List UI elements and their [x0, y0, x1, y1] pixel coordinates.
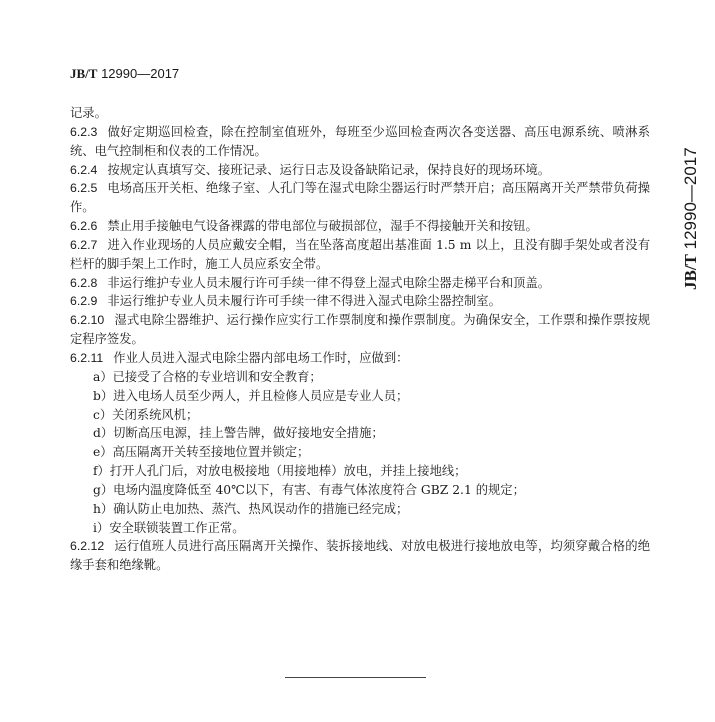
list-item: i）安全联锁装置工作正常。	[93, 519, 650, 538]
clause-number: 6.2.10	[70, 313, 104, 327]
list-item: f）打开人孔门后，对放电极接地（用接地棒）放电，并挂上接地线；	[93, 462, 650, 481]
list-item: g）电场内温度降低至 40℃以下，有害、有毒气体浓度符合 GBZ 2.1 的规定…	[93, 481, 650, 500]
clause-text: 湿式电除尘器维护、运行操作应实行工作票制度和操作票制度。为确保安全，工作票和操作…	[70, 313, 650, 346]
clause-text: 电场高压开关柜、绝缘子室、人孔门等在湿式电除尘器运行时严禁开启；高压隔离开关严禁…	[70, 181, 650, 214]
list-item: c）关闭系统风机；	[93, 406, 650, 425]
clause-text: 按规定认真填写交、接班记录、运行日志及设备缺陷记录，保持良好的现场环境。	[107, 163, 550, 177]
end-divider-line	[285, 677, 426, 678]
clause-number: 6.2.9	[70, 294, 97, 308]
clause-number: 6.2.4	[70, 163, 97, 177]
clause-text: 非运行维护专业人员未履行许可手续一律不得进入湿式电除尘器控制室。	[107, 294, 501, 308]
clause-number: 6.2.5	[70, 181, 97, 195]
side-standard-label: JB/T 12990—2017	[681, 147, 701, 290]
clause-6-2-12: 6.2.12运行值班人员进行高压隔离开关操作、装拆接地线、对放电极进行接地放电等…	[70, 537, 650, 575]
list-item: b）进入电场人员至少两人，并且检修人员应是专业人员；	[93, 387, 650, 406]
clause-text: 做好定期巡回检查，除在控制室值班外，每班至少巡回检查两次各变送器、高压电源系统、…	[70, 125, 650, 158]
clause-6-2-7: 6.2.7进入作业现场的人员应戴安全帽，当在坠落高度超出基准面 1.5 m 以上…	[70, 236, 650, 274]
side-standard-number: 12990—2017	[681, 147, 700, 254]
standard-number: 12990—2017	[97, 66, 179, 81]
clause-6-2-6: 6.2.6禁止用手接触电气设备裸露的带电部位与破损部位，湿手不得接触开关和按钮。	[70, 217, 650, 236]
requirements-list: a）已接受了合格的专业培训和安全教育； b）进入电场人员至少两人，并且检修人员应…	[70, 368, 650, 538]
clause-6-2-11: 6.2.11作业人员进入湿式电除尘器内部电场工作时，应做到：	[70, 349, 650, 368]
side-standard-prefix: JB/T	[681, 254, 700, 290]
clause-6-2-3: 6.2.3做好定期巡回检查，除在控制室值班外，每班至少巡回检查两次各变送器、高压…	[70, 123, 650, 161]
clause-6-2-8: 6.2.8非运行维护专业人员未履行许可手续一律不得登上湿式电除尘器走梯平台和顶盖…	[70, 274, 650, 293]
clause-6-2-9: 6.2.9非运行维护专业人员未履行许可手续一律不得进入湿式电除尘器控制室。	[70, 292, 650, 311]
clause-number: 6.2.11	[70, 351, 103, 365]
list-item: e）高压隔离开关转至接地位置并锁定；	[93, 443, 650, 462]
clause-number: 6.2.12	[70, 539, 104, 553]
list-item: d）切断高压电源，挂上警告牌，做好接地安全措施；	[93, 424, 650, 443]
clause-number: 6.2.8	[70, 276, 97, 290]
standard-prefix: JB/T	[70, 66, 97, 81]
clause-6-2-10: 6.2.10湿式电除尘器维护、运行操作应实行工作票制度和操作票制度。为确保安全，…	[70, 311, 650, 349]
clause-text: 运行值班人员进行高压隔离开关操作、装拆接地线、对放电极进行接地放电等，均须穿戴合…	[70, 539, 650, 572]
clause-number: 6.2.3	[70, 125, 97, 139]
list-item: h）确认防止电加热、蒸汽、热风误动作的措施已经完成；	[93, 500, 650, 519]
document-body: 记录。 6.2.3做好定期巡回检查，除在控制室值班外，每班至少巡回检查两次各变送…	[70, 104, 650, 575]
clause-number: 6.2.7	[70, 238, 97, 252]
document-header: JB/T 12990—2017	[70, 66, 179, 82]
continuation-text: 记录。	[70, 104, 650, 123]
clause-text: 非运行维护专业人员未履行许可手续一律不得登上湿式电除尘器走梯平台和顶盖。	[107, 276, 550, 290]
list-item: a）已接受了合格的专业培训和安全教育；	[93, 368, 650, 387]
clause-6-2-4: 6.2.4按规定认真填写交、接班记录、运行日志及设备缺陷记录，保持良好的现场环境…	[70, 161, 650, 180]
clause-text: 禁止用手接触电气设备裸露的带电部位与破损部位，湿手不得接触开关和按钮。	[107, 219, 537, 233]
clause-6-2-5: 6.2.5电场高压开关柜、绝缘子室、人孔门等在湿式电除尘器运行时严禁开启；高压隔…	[70, 179, 650, 217]
clause-text: 作业人员进入湿式电除尘器内部电场工作时，应做到：	[113, 351, 408, 365]
clause-number: 6.2.6	[70, 219, 97, 233]
clause-text: 进入作业现场的人员应戴安全帽，当在坠落高度超出基准面 1.5 m 以上，且没有脚…	[70, 238, 650, 271]
